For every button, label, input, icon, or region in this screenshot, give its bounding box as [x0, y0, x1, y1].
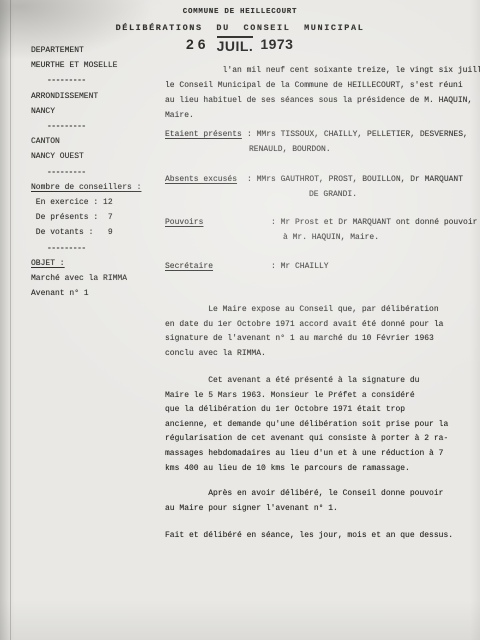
objet-line-2: Avenant n° 1	[31, 286, 163, 301]
arrondissement-value: NANCY	[31, 104, 163, 119]
body-paragraph-1: Le Maire expose au Conseil que, par déli…	[165, 303, 477, 361]
counsellors-heading: Nombre de conseillers :	[31, 180, 163, 195]
row-value-line: RENAULD, BOURDON.	[247, 142, 468, 157]
row-label: Etaient présents	[165, 127, 247, 142]
body-line: massages hebdomadaires au lieu d'un et à…	[165, 447, 477, 462]
row-value-line: DE GRANDI.	[247, 187, 463, 202]
scanned-document-page: COMMUNE DE HEILLECOURT DÉLIBÉRATIONS DU …	[0, 0, 480, 640]
intro-line: le Conseil Municipal de la Commune de HE…	[165, 78, 477, 93]
body-line: au Maire pour signer l'avenant n° 1.	[165, 502, 477, 517]
attendance-row-pouvoirs: Pouvoirs : Mr Prost et Dr MARQUANT ont d…	[165, 215, 477, 245]
row-value: : MMrs GAUTHROT, PROST, BOUILLON, Dr MAR…	[247, 172, 463, 202]
department-label: DEPARTEMENT	[31, 43, 163, 58]
section-divider: ---------	[47, 165, 163, 180]
body-paragraph-4: Fait et délibéré en séance, les jour, mo…	[165, 529, 477, 544]
body-line: signature de l'avenant n° 1 au marché du…	[165, 332, 477, 347]
objet-heading: OBJET :	[31, 256, 163, 271]
stamp-day: 26	[186, 36, 210, 52]
body-line: Fait et délibéré en séance, les jour, mo…	[165, 529, 477, 544]
body-line: Après en avoir délibéré, le Conseil donn…	[165, 487, 477, 502]
date-stamp: 26 JUIL. 1973	[186, 36, 293, 54]
attendance-row-secretaire: Secrétaire : Mr CHAILLY	[165, 259, 477, 274]
row-label: Pouvoirs	[165, 215, 271, 230]
department-value: MEURTHE ET MOSELLE	[31, 58, 163, 73]
body-line: kms 400 au lieu de 10 kms le parcours de…	[165, 462, 477, 477]
canton-label: CANTON	[31, 134, 163, 149]
session-intro-paragraph: l'an mil neuf cent soixante treize, le v…	[165, 63, 477, 123]
left-margin-column: DEPARTEMENT MEURTHE ET MOSELLE ---------…	[31, 43, 163, 301]
body-line: Cet avenant a été présenté à la signatur…	[165, 374, 477, 389]
row-value-line: : Mr CHAILLY	[271, 259, 329, 274]
attendance-row-absents: Absents excusés : MMrs GAUTHROT, PROST, …	[165, 172, 477, 202]
intro-line: au lieu habituel de ses séances sous la …	[165, 93, 477, 108]
section-divider: ---------	[47, 241, 163, 256]
intro-line: l'an mil neuf cent soixante treize, le v…	[165, 63, 477, 78]
document-title: DÉLIBÉRATIONS DU CONSEIL MUNICIPAL	[0, 21, 480, 36]
row-value-line: : MMrs GAUTHROT, PROST, BOUILLON, Dr MAR…	[247, 172, 463, 187]
canton-value: NANCY OUEST	[31, 149, 163, 164]
row-value-line: : Mr Prost et Dr MARQUANT ont donné pouv…	[271, 215, 477, 230]
attendance-row-presents: Etaient présents : MMrs TISSOUX, CHAILLY…	[165, 127, 477, 157]
body-line: en date du 1er Octobre 1971 accord avait…	[165, 318, 477, 333]
body-line: Le Maire expose au Conseil que, par déli…	[165, 303, 477, 318]
stamp-year: 1973	[260, 36, 293, 52]
row-value: : MMrs TISSOUX, CHAILLY, PELLETIER, DESV…	[247, 127, 468, 157]
counsellors-in-office: En exercice : 12	[31, 195, 163, 210]
arrondissement-label: ARRONDISSEMENT	[31, 89, 163, 104]
paper-edge-line	[10, 0, 11, 640]
body-paragraph-3: Après en avoir délibéré, le Conseil donn…	[165, 487, 477, 516]
body-line: que la délibération du 1er Octobre 1971 …	[165, 403, 477, 418]
section-divider: ---------	[47, 73, 163, 88]
row-value-line: à Mr. HAQUIN, Maire.	[271, 230, 477, 245]
counsellors-present: De présents : 7	[31, 210, 163, 225]
objet-line-1: Marché avec la RIMMA	[31, 271, 163, 286]
intro-line: Maire.	[165, 108, 477, 123]
body-line: Maire le 5 Mars 1963. Monsieur le Préfet…	[165, 389, 477, 404]
body-line: conclu avec la RIMMA.	[165, 347, 477, 362]
body-paragraph-2: Cet avenant a été présenté à la signatur…	[165, 374, 477, 476]
body-line: ancienne, et demande qu'une délibération…	[165, 418, 477, 433]
section-divider: ---------	[47, 119, 163, 134]
body-line: régularisation de cet avenant qui consis…	[165, 432, 477, 447]
row-value: : Mr Prost et Dr MARQUANT ont donné pouv…	[271, 215, 477, 245]
row-label: Absents excusés	[165, 172, 247, 187]
stamp-month: JUIL.	[217, 36, 254, 54]
row-value-line: : MMrs TISSOUX, CHAILLY, PELLETIER, DESV…	[247, 127, 468, 142]
row-label: Secrétaire	[165, 259, 271, 274]
commune-title: COMMUNE DE HEILLECOURT	[0, 5, 480, 20]
counsellors-voting: De votants : 9	[31, 225, 163, 240]
row-value: : Mr CHAILLY	[271, 259, 329, 274]
